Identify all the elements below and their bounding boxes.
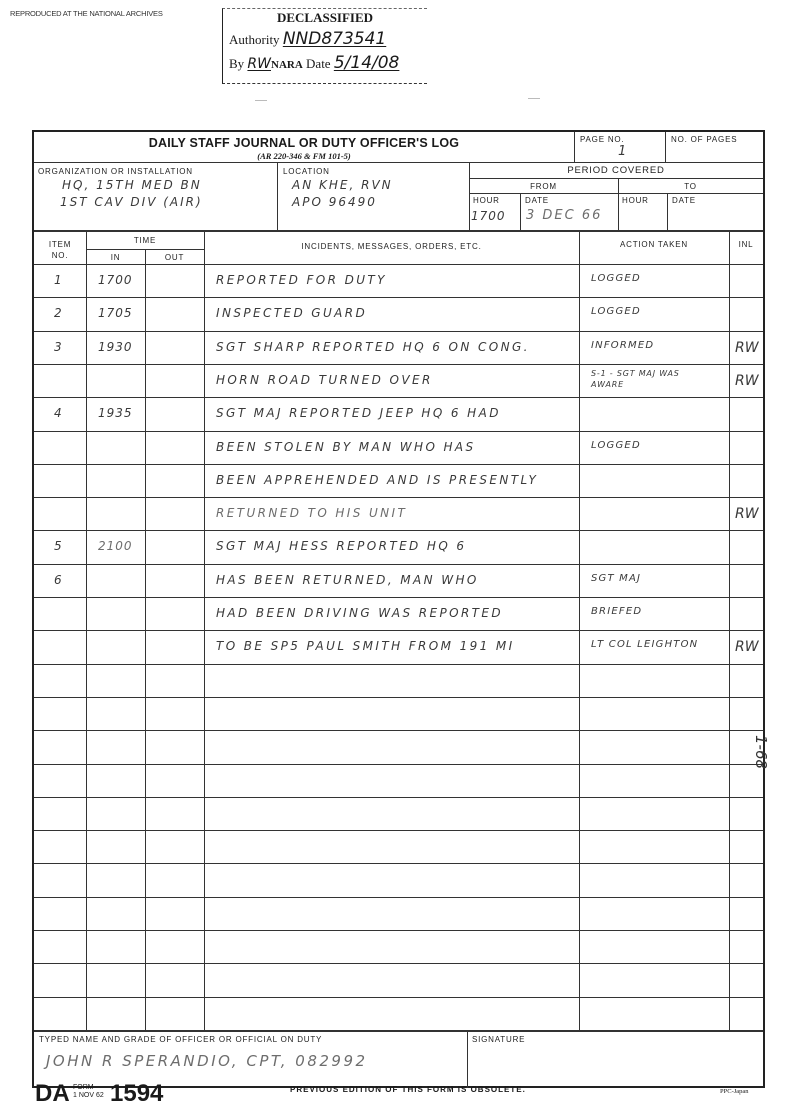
initials-cell[interactable]: RW xyxy=(735,340,759,356)
action-taken-cell[interactable]: Informed xyxy=(591,340,654,351)
scan-mark xyxy=(255,100,267,101)
incident-cell[interactable]: Sgt Maj Hess reported HQ 6 xyxy=(216,539,466,553)
row-divider xyxy=(34,830,763,831)
page-no-value[interactable]: 1 xyxy=(618,144,628,159)
item-no-cell[interactable]: 2 xyxy=(54,306,64,320)
action-taken-cell[interactable]: Logged xyxy=(591,440,641,451)
to-hour-label: HOUR xyxy=(622,196,649,205)
row-divider xyxy=(34,364,763,365)
row-divider xyxy=(34,397,763,398)
time-in-cell[interactable]: 1705 xyxy=(98,306,133,320)
form-number: 1594 xyxy=(110,1080,163,1108)
from-label: FROM xyxy=(469,182,618,191)
stamp-by-label: By xyxy=(229,56,244,71)
action-taken-cell[interactable]: Sgt Maj xyxy=(591,573,641,584)
time-in-cell[interactable]: 1700 xyxy=(98,273,133,287)
inl-header: INL xyxy=(729,240,763,249)
time-out-header: OUT xyxy=(145,253,204,262)
row-divider xyxy=(34,697,763,698)
declassified-stamp: DECLASSIFIED Authority NND873541 By RWNA… xyxy=(222,8,427,84)
incident-cell[interactable]: to be SP5 Paul Smith from 191 MI xyxy=(216,639,515,653)
from-hour-label: HOUR xyxy=(473,196,500,205)
stamp-by-initials: RW xyxy=(247,56,271,72)
archive-note: REPRODUCED AT THE NATIONAL ARCHIVES xyxy=(10,9,163,18)
stamp-by-line: By RWNARA Date 5/14/08 xyxy=(229,53,399,73)
item-no-cell[interactable]: 5 xyxy=(54,539,64,553)
row-divider xyxy=(34,331,763,332)
incident-cell[interactable]: Horn Road turned over xyxy=(216,373,433,387)
form-edition: FORM 1 NOV 62 xyxy=(73,1084,104,1100)
item-no-cell[interactable]: 6 xyxy=(54,573,64,587)
incidents-header: INCIDENTS, MESSAGES, ORDERS, ETC. xyxy=(204,242,579,251)
row-divider xyxy=(34,530,763,531)
to-date-label: DATE xyxy=(672,196,696,205)
from-date-value[interactable]: 3 DEC 66 xyxy=(526,208,602,223)
action-taken-header: ACTION TAKEN xyxy=(579,240,729,249)
scan-mark xyxy=(528,98,540,99)
action-taken-cell[interactable]: Briefed xyxy=(591,606,642,617)
organization-line-1[interactable]: HQ, 15TH MED BN xyxy=(62,178,202,192)
row-divider xyxy=(34,630,763,631)
stamp-authority-line: Authority NND873541 xyxy=(229,29,386,49)
officer-name-label: TYPED NAME AND GRADE OF OFFICER OR OFFIC… xyxy=(39,1035,322,1044)
form-da: DA xyxy=(35,1080,70,1108)
row-divider xyxy=(34,730,763,731)
page-no-label: PAGE NO. xyxy=(580,135,624,144)
incident-cell[interactable]: Reported for duty xyxy=(216,273,387,287)
from-hour-value[interactable]: 1700 xyxy=(471,209,506,223)
action-taken-cell[interactable]: Lt Col Leighton xyxy=(591,639,698,650)
organization-label: ORGANIZATION OR INSTALLATION xyxy=(38,167,193,176)
row-divider xyxy=(34,431,763,432)
organization-line-2[interactable]: 1ST CAV DIV (AIR) xyxy=(60,195,203,209)
item-no-cell[interactable]: 4 xyxy=(54,406,64,420)
row-divider xyxy=(34,764,763,765)
incident-cell[interactable]: Sgt Sharp reported HQ 6 on Cong. xyxy=(216,340,530,354)
item-no-header: ITEM NO. xyxy=(34,239,86,261)
action-taken-cell[interactable]: Logged xyxy=(591,273,641,284)
row-divider xyxy=(34,497,763,498)
time-in-cell[interactable]: 1930 xyxy=(98,340,133,354)
incident-cell[interactable]: been apprehended and is presently xyxy=(216,473,538,487)
stamp-date-label: Date xyxy=(306,56,331,71)
signature-label: SIGNATURE xyxy=(472,1035,525,1044)
stamp-date-value: 5/14/08 xyxy=(334,53,400,73)
form-title: DAILY STAFF JOURNAL OR DUTY OFFICER'S LO… xyxy=(34,136,574,150)
action-taken-cell[interactable]: Logged xyxy=(591,306,641,317)
location-label: LOCATION xyxy=(283,167,330,176)
incident-cell[interactable]: Sgt Maj reported jeep HQ 6 had xyxy=(216,406,501,420)
item-no-cell[interactable]: 1 xyxy=(54,273,64,287)
stamp-title: DECLASSIFIED xyxy=(223,10,427,26)
duty-log-form: DAILY STAFF JOURNAL OR DUTY OFFICER'S LO… xyxy=(32,130,765,1088)
initials-cell[interactable]: RW xyxy=(735,506,759,522)
from-date-label: DATE xyxy=(525,196,549,205)
row-divider xyxy=(34,797,763,798)
period-covered-label: PERIOD COVERED xyxy=(469,165,763,176)
form-word: FORM xyxy=(73,1084,104,1092)
incident-cell[interactable]: has been returned, man who xyxy=(216,573,479,587)
row-divider xyxy=(34,997,763,998)
incident-cell[interactable]: Inspected guard xyxy=(216,306,367,320)
to-label: TO xyxy=(618,182,763,191)
officer-name-value[interactable]: JOHN R SPERANDIO, CPT, 082992 xyxy=(46,1052,368,1070)
form-date: 1 NOV 62 xyxy=(73,1092,104,1100)
form-subtitle: (AR 220-346 & FM 101-5) xyxy=(34,151,574,161)
no-of-pages-label: NO. OF PAGES xyxy=(671,135,737,144)
margin-note: 1-68 xyxy=(752,735,770,769)
time-in-cell[interactable]: 2100 xyxy=(98,539,133,553)
row-divider xyxy=(34,464,763,465)
time-in-header: IN xyxy=(86,253,145,262)
stamp-authority-value: NND873541 xyxy=(283,29,386,49)
initials-cell[interactable]: RW xyxy=(735,639,759,655)
obsolete-note: PREVIOUS EDITION OF THIS FORM IS OBSOLET… xyxy=(290,1085,526,1094)
row-divider xyxy=(34,297,763,298)
time-in-cell[interactable]: 1935 xyxy=(98,406,133,420)
location-line-1[interactable]: AN KHE, RVN xyxy=(292,178,393,192)
row-divider xyxy=(34,963,763,964)
row-divider xyxy=(34,564,763,565)
location-line-2[interactable]: APO 96490 xyxy=(292,195,377,209)
printer-mark: PPC-Japan xyxy=(720,1088,749,1095)
incident-cell[interactable]: returned to his unit xyxy=(216,506,407,520)
row-divider xyxy=(34,863,763,864)
stamp-authority-label: Authority xyxy=(229,32,280,47)
initials-cell[interactable]: RW xyxy=(735,373,759,389)
incident-cell[interactable]: had been driving was reported xyxy=(216,606,503,620)
row-divider xyxy=(34,664,763,665)
row-divider xyxy=(34,597,763,598)
row-divider xyxy=(34,897,763,898)
action-taken-cell[interactable]: S-1 - Sgt Maj was aware xyxy=(591,368,711,390)
row-divider xyxy=(34,930,763,931)
stamp-agency: NARA xyxy=(271,59,303,71)
time-header: TIME xyxy=(86,236,204,245)
item-no-cell[interactable]: 3 xyxy=(54,340,64,354)
incident-cell[interactable]: been stolen by man who has xyxy=(216,440,476,454)
